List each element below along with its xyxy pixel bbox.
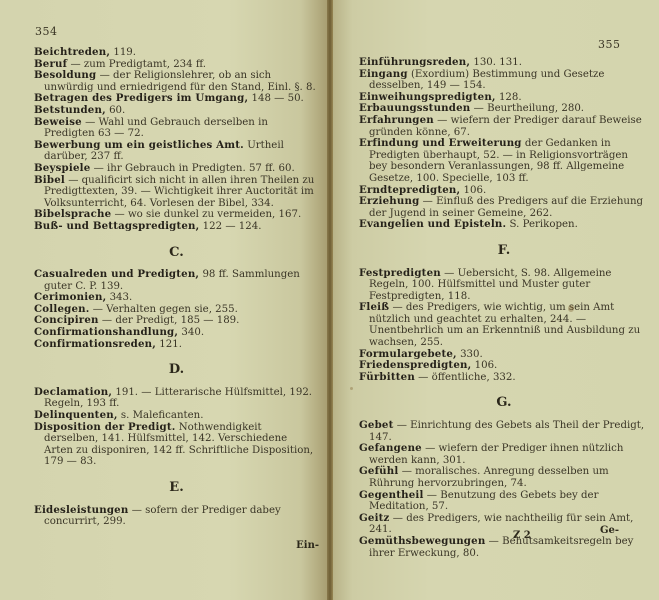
index-section-c: C. Casualreden und Predigten, 98 ff. Sam… (34, 247, 319, 351)
index-entry: Buß- und Bettagspredigten, 122 — 124. (34, 221, 319, 233)
index-entry: Disposition der Predigt. Nothwendigkeit … (34, 422, 319, 468)
index-section-e: E. Eidesleistungen — sofern der Prediger… (34, 482, 319, 528)
right-page: 355 Einführungsreden, 130. 131. Eingang … (333, 0, 659, 600)
section-heading: G. (359, 397, 649, 409)
index-section-f: F. Festpredigten — Uebersicht, S. 98. Al… (359, 245, 649, 384)
page-number: 354 (35, 25, 58, 38)
index-entry: Beichtreden, 119. (34, 47, 319, 59)
index-entry: Eidesleistungen — sofern der Prediger da… (34, 505, 319, 528)
index-entry: Fürbitten — öffentliche, 332. (359, 372, 649, 384)
index-entry: Casualreden und Predigten, 98 ff. Sammlu… (34, 269, 319, 292)
book-spread: 354 Beichtreden, 119. Beruf — zum Predig… (0, 0, 659, 600)
section-heading: C. (34, 247, 319, 259)
index-entry: Gefangene — wiefern der Prediger ihnen n… (359, 443, 649, 466)
index-entry: Bewerbung um ein geistliches Amt. Urthei… (34, 140, 319, 163)
index-entry: Beweise — Wahl und Gebrauch derselben in… (34, 117, 319, 140)
index-entry: Besoldung — der Religionslehrer, ob an s… (34, 70, 319, 93)
index-entry: Beyspiele — ihr Gebrauch in Predigten. 5… (34, 163, 319, 175)
index-section-e-continued: Einführungsreden, 130. 131. Eingang (Exo… (359, 57, 649, 231)
index-entry: Gemüthsbewegungen — Behutsamkeitsregeln … (359, 536, 649, 559)
section-heading: E. (34, 482, 319, 494)
index-entry: Declamation, 191. — Litterarische Hülfsm… (34, 387, 319, 410)
index-entry: Bibel — qualificirt sich nicht in allen … (34, 175, 319, 210)
index-entry: Evangelien und Episteln. S. Perikopen. (359, 219, 649, 231)
section-heading: F. (359, 245, 649, 257)
index-column: Beichtreden, 119. Beruf — zum Predigtamt… (34, 47, 319, 551)
page-number: 355 (598, 38, 621, 51)
index-section-d: D. Declamation, 191. — Litterarische Hül… (34, 364, 319, 468)
index-entry: Erfindung und Erweiterung der Gedanken i… (359, 138, 649, 184)
index-entry: Gefühl — moralisches. Anregung desselben… (359, 466, 649, 489)
printer-signature-mark: Z 2 (513, 530, 531, 541)
index-section-b: Beichtreden, 119. Beruf — zum Predigtamt… (34, 47, 319, 233)
index-entry: Eingang (Exordium) Bestimmung und Gesetz… (359, 69, 649, 92)
section-heading: D. (34, 364, 319, 376)
index-entry: Gebet — Einrichtung des Gebets als Theil… (359, 420, 649, 443)
index-entry: Confirmationsreden, 121. (34, 339, 319, 351)
left-page: 354 Beichtreden, 119. Beruf — zum Predig… (0, 0, 327, 600)
index-entry: Fleiß — des Predigers, wie wichtig, um s… (359, 302, 649, 348)
index-entry: Festpredigten — Uebersicht, S. 98. Allge… (359, 268, 649, 303)
catchword: Ein- (34, 540, 319, 552)
catchword: Ge- (600, 525, 619, 536)
index-entry: Erziehung — Einfluß des Predigers auf di… (359, 196, 649, 219)
index-entry: Erfahrungen — wiefern der Prediger darau… (359, 115, 649, 138)
paper-stain (568, 305, 574, 312)
index-entry: Gegentheil — Benutzung des Gebets bey de… (359, 490, 649, 513)
paper-stain (350, 387, 353, 390)
index-column: Einführungsreden, 130. 131. Eingang (Exo… (359, 57, 649, 559)
